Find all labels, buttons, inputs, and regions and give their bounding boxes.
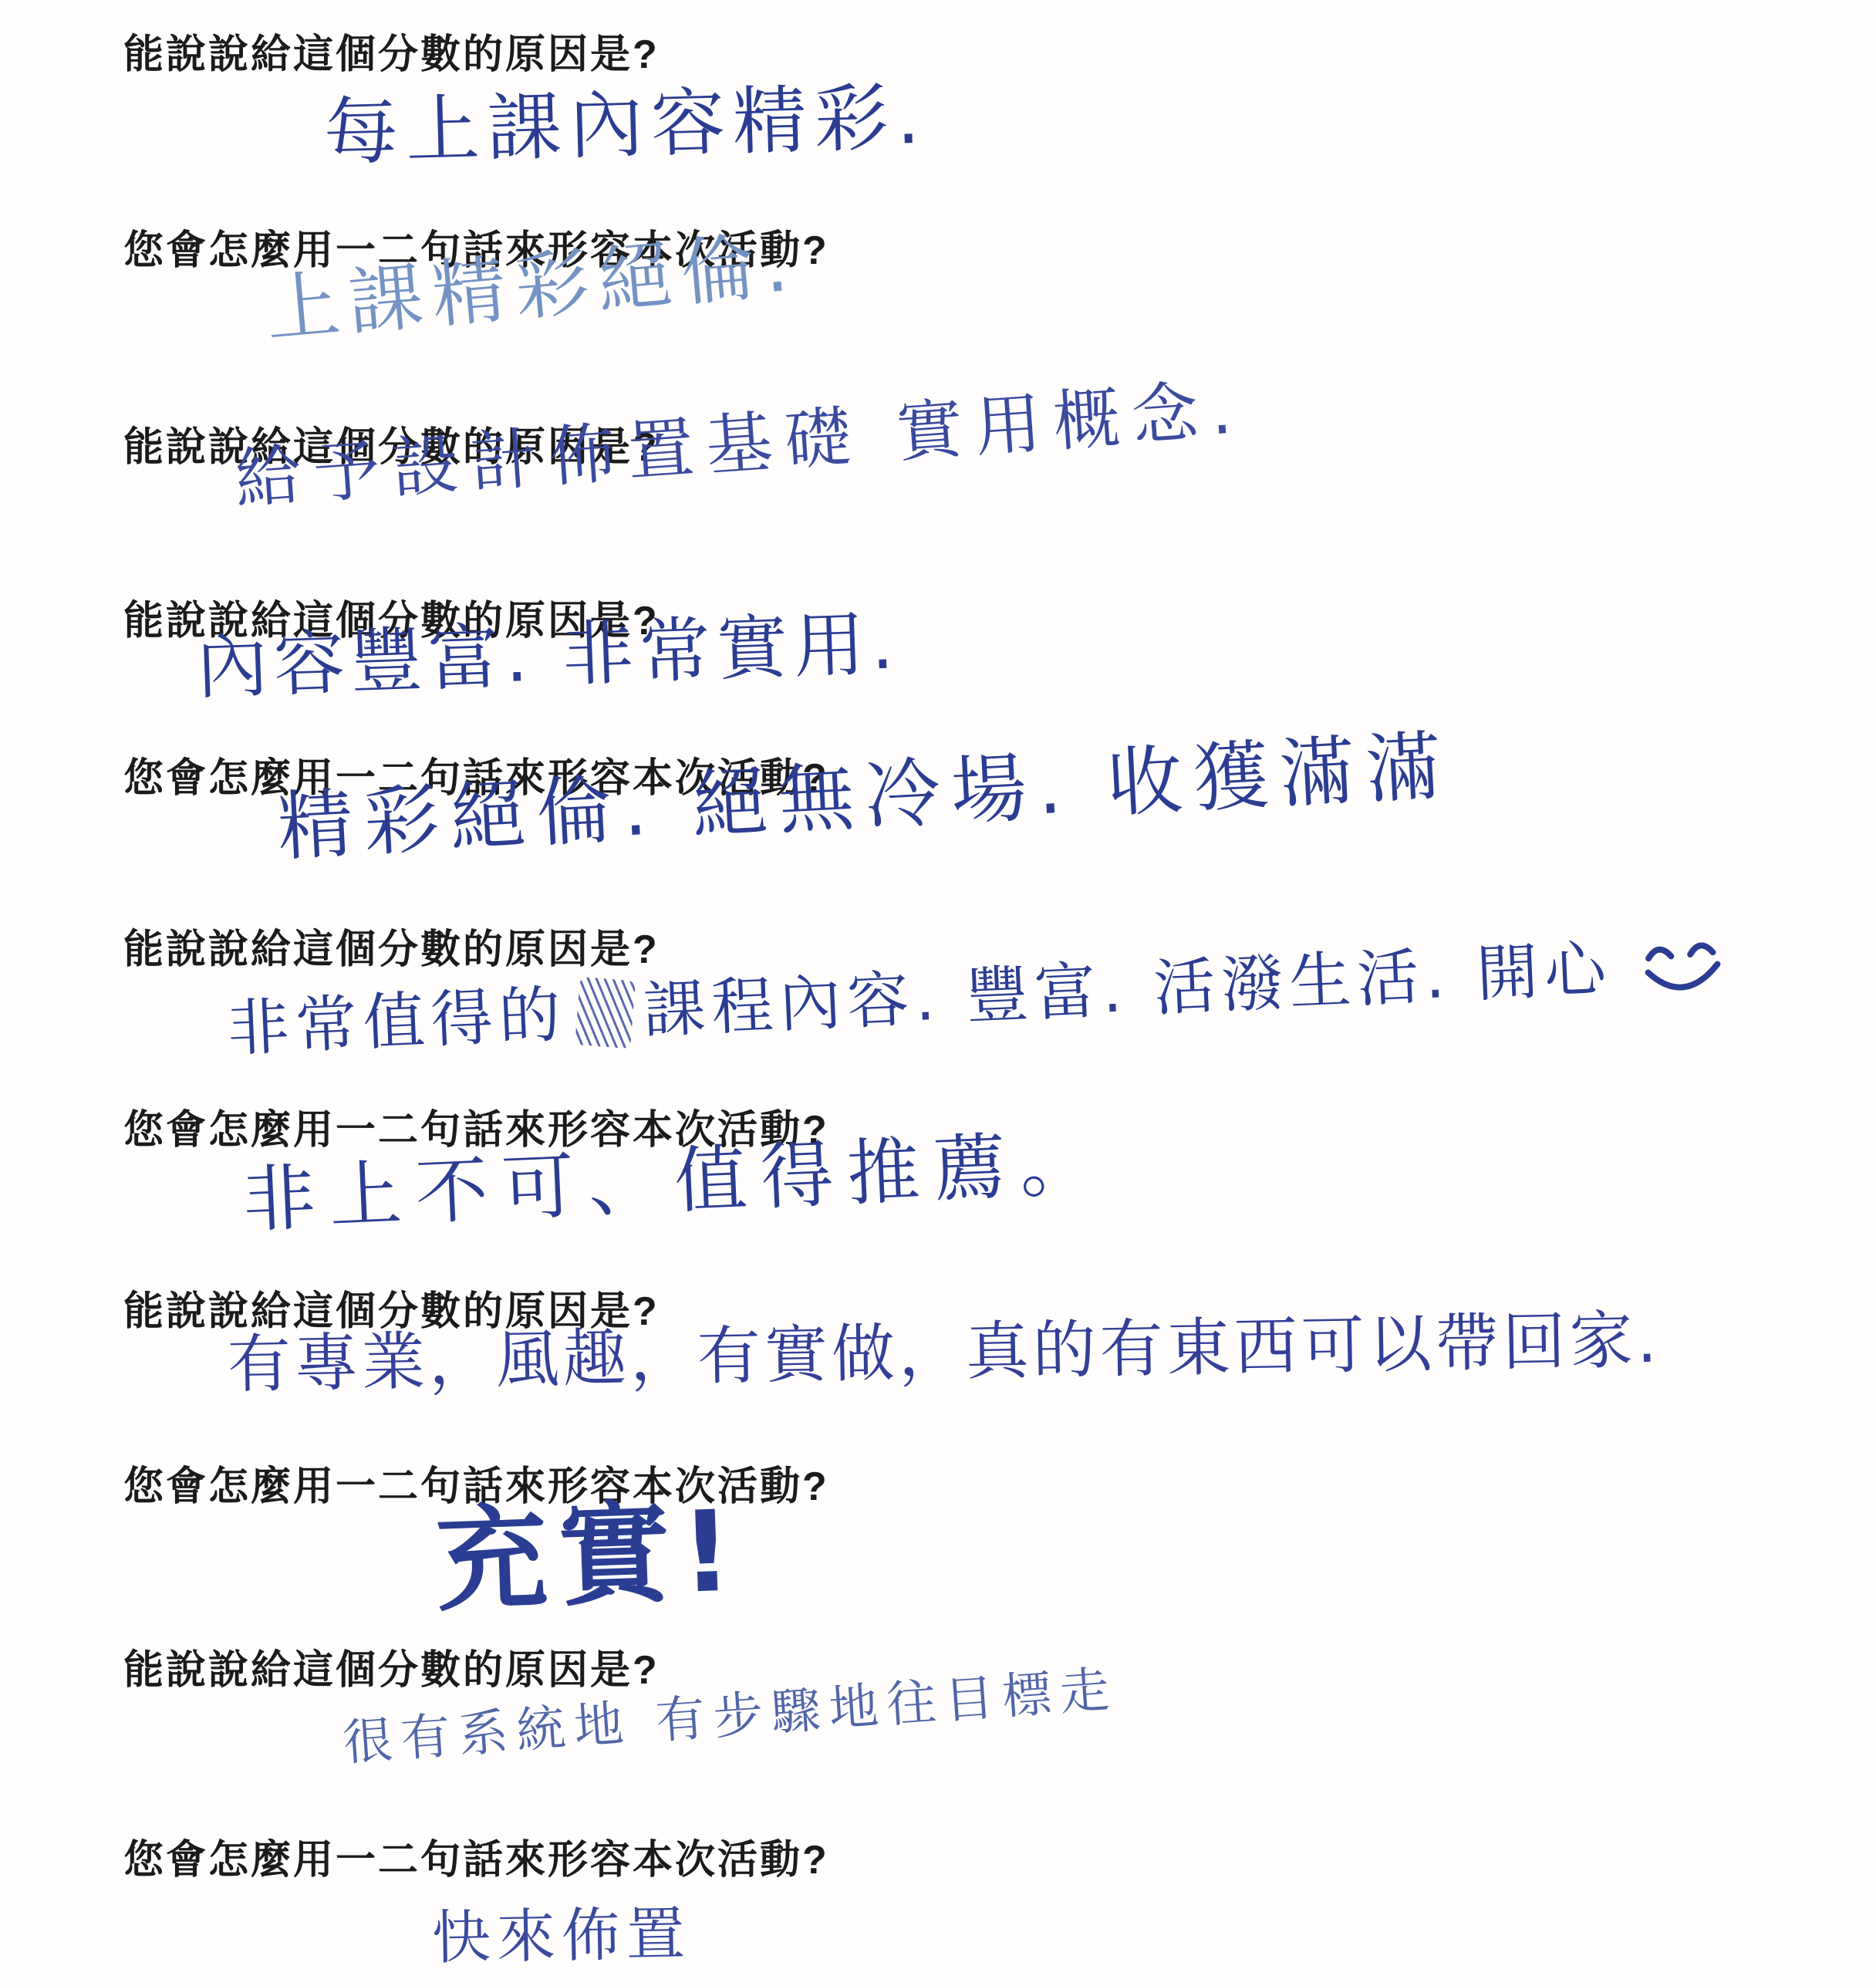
handwritten-answer-11: 快來佈置 [431,1901,691,1970]
handwritten-answer-1: 每上課內容精彩. [323,77,929,174]
question-score-reason-4: 能說說給這個分數的原因是? [123,917,660,974]
question-score-reason-1: 能說說給這個分數的原因是? [123,22,660,79]
handwritten-answer-3: 給予設計佈置基礎 實用概念. [233,373,1247,517]
crossed-out-character [575,977,636,1049]
question-score-reason-6: 能說說給這個分數的原因是? [123,1637,660,1695]
question-describe-event-5: 您會怎麼用一二句話來形容本次活動? [123,1827,829,1885]
handwritten-answer-9: 充實! [434,1490,744,1623]
scanned-feedback-page: 能說說給這個分數的原因是? 每上課內容精彩. 您會怎麼用一二句話來形容本次活動?… [0,0,1876,1986]
answer-6-text-after: 課程內容. 豐富. 活潑生活. 開心 [643,935,1614,1045]
smiley-icon [1634,928,1731,1003]
answer-6-text-before: 非常值得的 [226,981,568,1063]
